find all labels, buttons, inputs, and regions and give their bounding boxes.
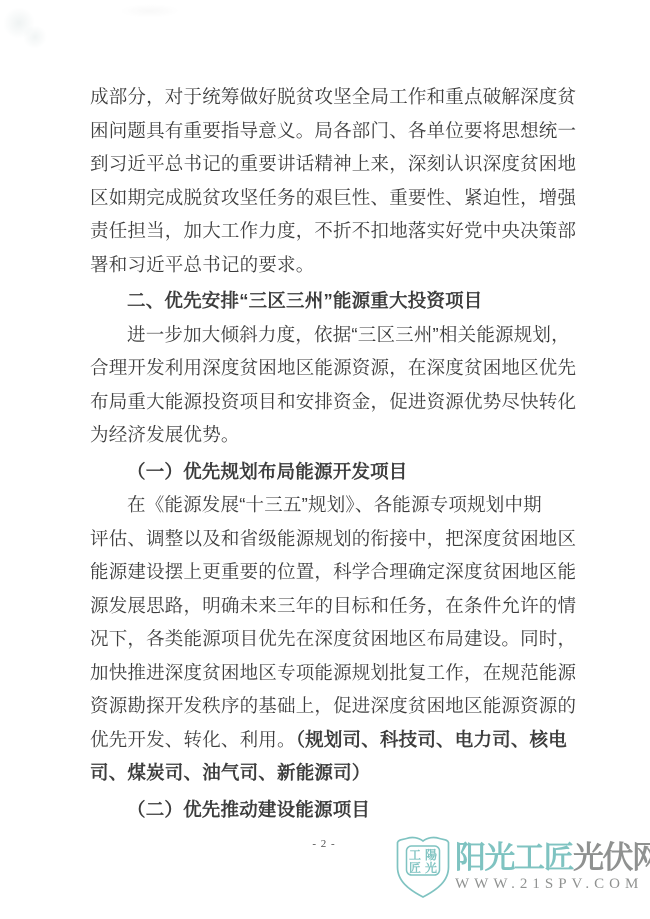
document-text-line: 进一步加大倾斜力度，依据“三区三州”相关能源规划， xyxy=(90,318,572,352)
text-segment: 困问题具有重要指导意义。局各部门、各单位要将思想统一 xyxy=(90,120,576,141)
scan-smudge xyxy=(120,4,180,18)
document-text-line: 司、煤炭司、油气司、新能源司） xyxy=(90,756,572,790)
text-segment: 区如期完成脱贫攻坚任务的艰巨性、重要性、紧迫性，增强 xyxy=(90,187,576,208)
shield-char: 陽 xyxy=(425,847,437,862)
text-segment: 源发展思路，明确未来三年的目标和任务，在条件允许的情 xyxy=(90,595,576,616)
text-segment: 司、煤炭司、油气司、新能源司） xyxy=(90,762,371,783)
document-text-line: 加快推进深度贫困地区专项能源规划批复工作，在规范能源 xyxy=(90,656,572,690)
document-page: 成部分，对于统筹做好脱贫攻坚全局工作和重点破解深度贫困问题具有重要指导意义。局各… xyxy=(0,0,650,919)
text-segment: （二）优先推动建设能源项目 xyxy=(127,799,370,820)
text-segment: 况下，各类能源项目优先在深度贫困地区布局建设。同时， xyxy=(90,628,576,649)
page-number: - 2 - xyxy=(296,838,352,850)
text-segment: 布局重大能源投资项目和安排资金，促进资源优势尽快转化 xyxy=(90,391,576,412)
text-segment: 责任担当，加大工作力度，不折不扣地落实好党中央决策部 xyxy=(90,220,576,241)
document-text-line: 源发展思路，明确未来三年的目标和任务，在条件允许的情 xyxy=(90,589,572,623)
watermark: 工 陽 匠 光 阳光工匠光伏网 WWW.21SPV.COM xyxy=(394,834,650,900)
document-text-line: 况下，各类能源项目优先在深度贫困地区布局建设。同时， xyxy=(90,622,572,656)
document-text-line: 优先开发、转化、利用。（规划司、科技司、电力司、核电 xyxy=(90,723,572,757)
shield-char: 工 xyxy=(409,848,421,862)
text-segment: （规划司、科技司、电力司、核电 xyxy=(296,729,567,750)
document-heading-line: （二）优先推动建设能源项目 xyxy=(90,793,572,827)
text-segment: 进一步加大倾斜力度，依据“三区三州”相关能源规划， xyxy=(127,324,570,345)
document-text-line: 成部分，对于统筹做好脱贫攻坚全局工作和重点破解深度贫 xyxy=(90,80,572,114)
text-segment: 署和习近平总书记的要求。 xyxy=(90,254,314,275)
text-segment: 为经济发展优势。 xyxy=(90,424,240,445)
document-text-line: 能源建设摆上更重要的位置，科学合理确定深度贫困地区能 xyxy=(90,555,572,589)
document-heading-line: （一）优先规划布局能源开发项目 xyxy=(90,455,572,489)
text-segment: 在《能源发展“十三五”规划》、各能源专项规划中期 xyxy=(127,494,542,515)
text-segment: 到习近平总书记的重要讲话精神上来，深刻认识深度贫困地 xyxy=(90,153,576,174)
watermark-url: WWW.21SPV.COM xyxy=(455,876,650,893)
shield-char: 光 xyxy=(425,860,437,875)
watermark-brand-primary: 阳光工匠 xyxy=(455,840,573,875)
document-text-line: 到习近平总书记的重要讲话精神上来，深刻认识深度贫困地 xyxy=(90,147,572,181)
text-segment: 能源建设摆上更重要的位置，科学合理确定深度贫困地区能 xyxy=(90,561,576,582)
document-text-line: 合理开发利用深度贫困地区能源资源，在深度贫困地区优先 xyxy=(90,351,572,385)
shield-icon: 工 陽 匠 光 xyxy=(394,834,452,900)
document-text-line: 在《能源发展“十三五”规划》、各能源专项规划中期 xyxy=(90,488,572,522)
watermark-shield-logo: 工 陽 匠 光 xyxy=(394,834,452,900)
text-segment: 成部分，对于统筹做好脱贫攻坚全局工作和重点破解深度贫 xyxy=(90,86,576,107)
text-segment: 二、优先安排“三区三州”能源重大投资项目 xyxy=(127,290,483,311)
text-segment: （一）优先规划布局能源开发项目 xyxy=(127,461,408,482)
text-segment: 加快推进深度贫困地区专项能源规划批复工作，在规范能源 xyxy=(90,662,576,683)
text-segment: 评估、调整以及和省级能源规划的衔接中，把深度贫困地区 xyxy=(90,528,576,549)
document-text-line: 评估、调整以及和省级能源规划的衔接中，把深度贫困地区 xyxy=(90,522,572,556)
scan-smudge xyxy=(22,26,48,48)
scan-smudge xyxy=(2,8,36,38)
document-text-line: 布局重大能源投资项目和安排资金，促进资源优势尽快转化 xyxy=(90,385,572,419)
shield-char: 匠 xyxy=(409,860,421,875)
document-heading-line: 二、优先安排“三区三州”能源重大投资项目 xyxy=(90,284,572,318)
document-text-line: 署和习近平总书记的要求。 xyxy=(90,248,572,282)
document-text-line: 资源勘探开发秩序的基础上，促进深度贫困地区能源资源的 xyxy=(90,689,572,723)
watermark-brand: 阳光工匠光伏网 xyxy=(455,842,650,873)
watermark-text-block: 阳光工匠光伏网 WWW.21SPV.COM xyxy=(455,834,650,893)
document-text-line: 为经济发展优势。 xyxy=(90,418,572,452)
text-segment: 资源勘探开发秩序的基础上，促进深度贫困地区能源资源的 xyxy=(90,695,576,716)
document-body: 成部分，对于统筹做好脱贫攻坚全局工作和重点破解深度贫困问题具有重要指导意义。局各… xyxy=(90,80,572,826)
document-text-line: 困问题具有重要指导意义。局各部门、各单位要将思想统一 xyxy=(90,114,572,148)
document-text-line: 责任担当，加大工作力度，不折不扣地落实好党中央决策部 xyxy=(90,214,572,248)
watermark-brand-secondary: 光伏网 xyxy=(573,840,650,875)
text-segment: 合理开发利用深度贫困地区能源资源，在深度贫困地区优先 xyxy=(90,357,576,378)
text-segment: 优先开发、转化、利用。 xyxy=(90,729,296,750)
document-text-line: 区如期完成脱贫攻坚任务的艰巨性、重要性、紧迫性，增强 xyxy=(90,181,572,215)
